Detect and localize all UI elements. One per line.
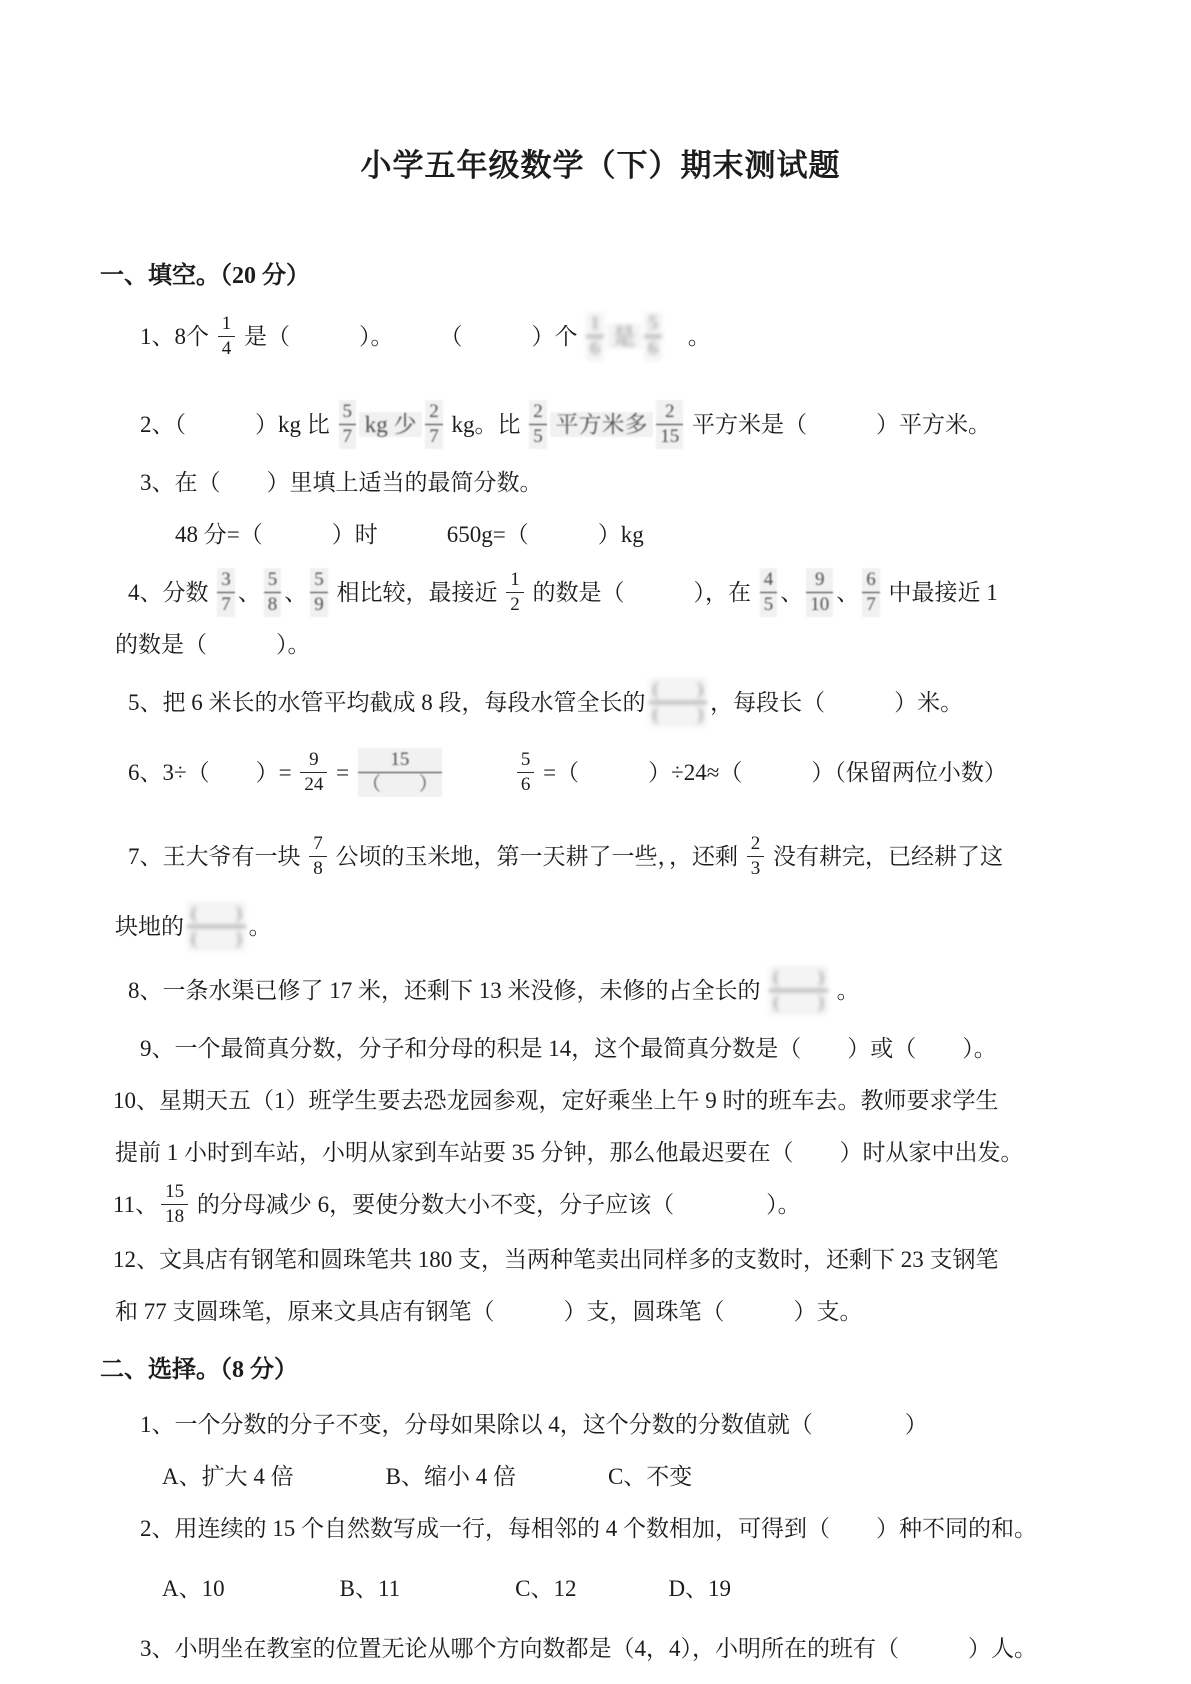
fraction-denominator: 10 — [806, 592, 833, 617]
fraction-denominator: ( ) — [769, 990, 828, 1015]
question-3: 3、在（ ）里填上适当的最简分数。 — [100, 460, 1101, 506]
fraction: 25 — [529, 400, 547, 449]
text-run: 是 — [607, 324, 642, 349]
fraction-denominator: 6 — [586, 336, 604, 361]
text-run: 3、小明坐在教室的位置无论从哪个方向数都是（4，4），小明所在的班有（ ）人。 — [140, 1636, 1037, 1661]
fraction: ( )( ) — [769, 966, 828, 1015]
section2-heading: 二、选择。（8 分） — [100, 1349, 1101, 1384]
fraction-numerator: 4 — [760, 568, 778, 592]
fraction-denominator: 4 — [218, 336, 236, 361]
question-9: 9、一个最简真分数，分子和分母的积是 14，这个最简真分数是（ ）或（ ）。 — [100, 1026, 1101, 1072]
question-1: 1、8个 14 是（ ）。 （ ）个 16 是 56 。 — [100, 308, 1101, 366]
fraction-numerator: ( ) — [187, 902, 246, 926]
question-7: 7、王大爷有一块 78 公顷的玉米地，第一天耕了一些，，还剩 23 没有耕完，已… — [100, 822, 1101, 892]
fraction-denominator: 7 — [217, 592, 235, 617]
text-run: ，每段长（ ）米。 — [710, 690, 963, 715]
text-run: 提前 1 小时到车站，小明从家到车站要 35 分钟，那么他最迟要在（ ）时从家中… — [115, 1140, 1024, 1165]
fraction-numerator: 9 — [806, 568, 833, 592]
question-12: 12、文具店有钢笔和圆珠笔共 180 支，当两种笔卖出同样多的支数时，还剩下 2… — [100, 1237, 1101, 1283]
text-run: 和 77 支圆珠笔，原来文具店有钢笔（ ）支，圆珠笔（ ）支。 — [115, 1299, 863, 1324]
fraction-numerator: 15 — [358, 748, 442, 772]
choice-question-2-options: A、10 B、11 C、12 D、19 — [100, 1566, 1101, 1612]
fraction-numerator: 3 — [217, 568, 235, 592]
fraction: ( )( ) — [187, 902, 246, 951]
choice-question-1-options: A、扩大 4 倍 B、缩小 4 倍 C、不变 — [100, 1454, 1101, 1500]
fraction-numerator: 9 — [300, 748, 327, 772]
fraction-denominator: 9 — [310, 592, 328, 617]
text-run: 中最接近 1 — [883, 580, 998, 605]
question-10: 10、星期天五（1）班学生要去恐龙园参观，定好乘坐上午 9 时的班车去。教师要求… — [100, 1078, 1101, 1124]
text-run: kg。比 — [446, 412, 527, 437]
question-6: 6、3÷（ ）= 924 = 15（ ） 56 =（ ）÷24≈（ ）（保留两位… — [100, 738, 1101, 808]
section-multiple-choice: 二、选择。（8 分） 1、一个分数的分子不变，分母如果除以 4，这个分数的分数值… — [100, 1349, 1101, 1672]
fraction: ( )( ) — [649, 678, 708, 727]
fraction-denominator: 8 — [309, 856, 327, 881]
text-run: 相比较，最接近 — [331, 580, 504, 605]
question-3-sub: 48 分=（ ）时 650g=（ ）kg — [100, 512, 1101, 558]
fraction: 56 — [517, 748, 535, 797]
fraction: 56 — [644, 312, 662, 361]
fraction-numerator: 6 — [862, 568, 880, 592]
question-4: 4、分数 37、58、59 相比较，最接近 12 的数是（ ），在 45、910… — [100, 564, 1101, 622]
fraction-denominator: 7 — [339, 424, 357, 449]
text-run: 3、在（ ）里填上适当的最简分数。 — [140, 470, 543, 495]
text-run: 、 — [836, 580, 859, 605]
fraction-numerator: 5 — [310, 568, 328, 592]
fraction: 37 — [217, 568, 235, 617]
exam-paper: 小学五年级数学（下）期末测试题 一、填空。（20 分） 1、8个 14 是（ ）… — [0, 0, 1191, 1672]
page-title: 小学五年级数学（下）期末测试题 — [100, 140, 1101, 185]
question-10-cont: 提前 1 小时到车站，小明从家到车站要 35 分钟，那么他最迟要在（ ）时从家中… — [100, 1130, 1101, 1176]
fraction-denominator: （ ） — [358, 772, 442, 797]
text-run: 。 — [249, 914, 272, 939]
fraction: 45 — [760, 568, 778, 617]
fraction-numerator: 2 — [656, 400, 683, 424]
text-run: 没有耕完，已经耕了这 — [767, 844, 1003, 869]
fraction-denominator: 18 — [161, 1204, 188, 1229]
fraction-numerator: 2 — [529, 400, 547, 424]
text-run: 48 分=（ ）时 650g=（ ）kg — [175, 522, 644, 547]
question-11: 11、1518 的分母减少 6，要使分数大小不变，分子应该（ ）。 — [100, 1182, 1101, 1231]
text-run: 。 — [831, 978, 860, 1003]
text-run: 。 — [665, 324, 711, 349]
fraction-denominator: 6 — [644, 336, 662, 361]
fraction-denominator: ( ) — [187, 926, 246, 951]
text-run: 10、星期天五（1）班学生要去恐龙园参观，定好乘坐上午 9 时的班车去。教师要求… — [113, 1088, 999, 1113]
fraction-numerator: 5 — [517, 748, 535, 772]
fraction-denominator: ( ) — [649, 702, 708, 727]
text-run: 9、一个最简真分数，分子和分母的积是 14，这个最简真分数是（ ）或（ ）。 — [140, 1036, 997, 1061]
text-run: 块地的 — [115, 914, 184, 939]
text-run: 、 — [780, 580, 803, 605]
fraction: 78 — [309, 832, 327, 881]
text-run: 2、用连续的 15 个自然数写成一行，每相邻的 4 个数相加，可得到（ ）种不同… — [140, 1516, 1037, 1541]
fraction-numerator: 7 — [309, 832, 327, 856]
text-run: 8、一条水渠已修了 17 米，还剩下 13 米没修，未修的占全长的 — [128, 978, 766, 1003]
question-8: 8、一条水渠已修了 17 米，还剩下 13 米没修，未修的占全长的 ( )( )… — [100, 962, 1101, 1020]
fraction-numerator: 1 — [506, 568, 524, 592]
fraction-numerator: ( ) — [769, 966, 828, 990]
fraction-numerator: 1 — [586, 312, 604, 336]
fraction: 27 — [425, 400, 443, 449]
text-run: 1、8个 — [140, 324, 215, 349]
fraction: 23 — [747, 832, 765, 881]
text-run: 7、王大爷有一块 — [128, 844, 306, 869]
fraction: 14 — [218, 312, 236, 361]
fraction: 12 — [506, 568, 524, 617]
fraction-denominator: 15 — [656, 424, 683, 449]
fraction: 57 — [339, 400, 357, 449]
fraction-numerator: 1 — [218, 312, 236, 336]
question-4-cont: 的数是（ ）。 — [100, 622, 1101, 668]
section1-heading: 一、填空。（20 分） — [100, 255, 1101, 290]
text-run: 的数是（ ），在 — [527, 580, 757, 605]
fraction: 58 — [264, 568, 282, 617]
fraction-denominator: 3 — [747, 856, 765, 881]
choice-question-2: 2、用连续的 15 个自然数写成一行，每相邻的 4 个数相加，可得到（ ）种不同… — [100, 1506, 1101, 1552]
text-run: kg 少 — [359, 412, 422, 437]
fraction: 1518 — [161, 1180, 188, 1229]
fraction: 59 — [310, 568, 328, 617]
fraction-numerator: 2 — [425, 400, 443, 424]
text-run: 是（ ）。 （ ）个 — [238, 324, 583, 349]
fraction: 215 — [656, 400, 683, 449]
text-run: 11、 — [113, 1192, 158, 1217]
question-5: 5、把 6 米长的水管平均截成 8 段，每段水管全长的( )( )，每段长（ ）… — [100, 674, 1101, 732]
fraction-denominator: 6 — [517, 772, 535, 797]
fraction: 67 — [862, 568, 880, 617]
fraction-denominator: 7 — [862, 592, 880, 617]
fraction-numerator: 2 — [747, 832, 765, 856]
fraction-denominator: 7 — [425, 424, 443, 449]
fraction: 16 — [586, 312, 604, 361]
text-run: A、10 B、11 C、12 D、19 — [162, 1576, 731, 1601]
text-run: =（ ）÷24≈（ ）（保留两位小数） — [537, 760, 1006, 785]
text-run: 平方米是（ ）平方米。 — [686, 412, 991, 437]
fraction-numerator: 5 — [339, 400, 357, 424]
text-run: 公顷的玉米地，第一天耕了一些，，还剩 — [330, 844, 744, 869]
choice-question-1: 1、一个分数的分子不变，分母如果除以 4，这个分数的分数值就（ ） — [100, 1402, 1101, 1448]
fraction: 15（ ） — [358, 748, 442, 797]
fraction: 910 — [806, 568, 833, 617]
text-run: 、 — [238, 580, 261, 605]
fraction-numerator: ( ) — [649, 678, 708, 702]
text-run: 、 — [284, 580, 307, 605]
text-run: 4、分数 — [128, 580, 214, 605]
text-run: 的数是（ ）。 — [115, 632, 311, 657]
fraction-denominator: 24 — [300, 772, 327, 797]
text-run: 6、3÷（ ）= — [128, 760, 297, 785]
fraction-denominator: 8 — [264, 592, 282, 617]
section-fill-in-blanks: 一、填空。（20 分） 1、8个 14 是（ ）。 （ ）个 16 是 56 。… — [100, 255, 1101, 1335]
fraction-denominator: 2 — [506, 592, 524, 617]
question-7-cont: 块地的( )( )。 — [100, 892, 1101, 962]
fraction-numerator: 5 — [264, 568, 282, 592]
fraction: 924 — [300, 748, 327, 797]
fraction-numerator: 15 — [161, 1180, 188, 1204]
text-run: = — [330, 760, 354, 785]
fraction-denominator: 5 — [529, 424, 547, 449]
text-run: A、扩大 4 倍 B、缩小 4 倍 C、不变 — [162, 1464, 692, 1489]
text-run: 的分母减少 6，要使分数大小不变，分子应该（ ）。 — [191, 1192, 801, 1217]
text-run: 2、（ ）kg 比 — [140, 412, 336, 437]
text-run — [445, 760, 514, 785]
question-12-cont: 和 77 支圆珠笔，原来文具店有钢笔（ ）支，圆珠笔（ ）支。 — [100, 1289, 1101, 1335]
text-run: 1、一个分数的分子不变，分母如果除以 4，这个分数的分数值就（ ） — [140, 1412, 928, 1437]
text-run: 平方米多 — [550, 412, 654, 437]
fraction-numerator: 5 — [644, 312, 662, 336]
fraction-denominator: 5 — [760, 592, 778, 617]
question-2: 2、（ ）kg 比 57 kg 少 27 kg。比 25 平方米多 215 平方… — [100, 396, 1101, 454]
text-run: 5、把 6 米长的水管平均截成 8 段，每段水管全长的 — [128, 690, 646, 715]
choice-question-3: 3、小明坐在教室的位置无论从哪个方向数都是（4，4），小明所在的班有（ ）人。 — [100, 1626, 1101, 1672]
text-run: 12、文具店有钢笔和圆珠笔共 180 支，当两种笔卖出同样多的支数时，还剩下 2… — [113, 1247, 999, 1272]
